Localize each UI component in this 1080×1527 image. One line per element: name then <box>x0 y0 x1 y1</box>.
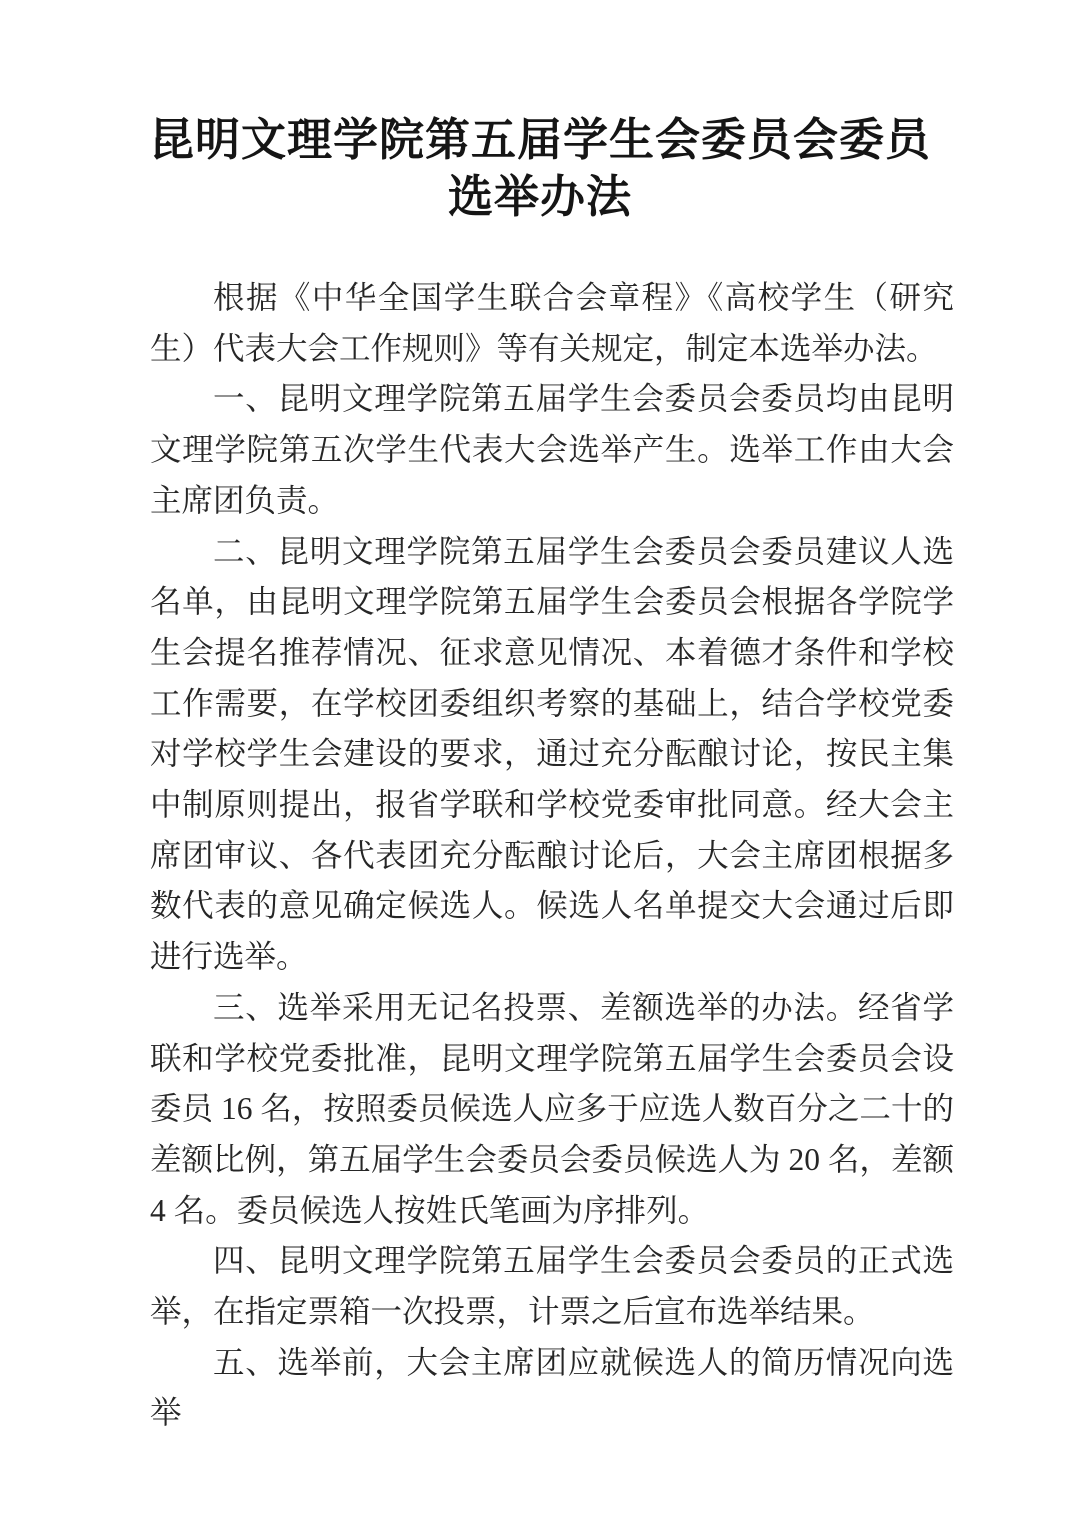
paragraph-article-1: 一、昆明文理学院第五届学生会委员会委员均由昆明文理学院第五次学生代表大会选举产生… <box>150 374 954 526</box>
document-title: 昆明文理学院第五届学生会委员会委员 选举办法 <box>0 0 1080 226</box>
paragraph-intro: 根据《中华全国学生联合会章程》《高校学生（研究生）代表大会工作规则》等有关规定，… <box>150 273 954 374</box>
paragraph-article-2: 二、昆明文理学院第五届学生会委员会委员建议人选名单，由昆明文理学院第五届学生会委… <box>150 527 954 983</box>
paragraph-article-3: 三、选举采用无记名投票、差额选举的办法。经省学联和学校党委批准，昆明文理学院第五… <box>150 983 954 1237</box>
document-page: 昆明文理学院第五届学生会委员会委员 选举办法 根据《中华全国学生联合会章程》《高… <box>0 0 1080 1527</box>
paragraph-article-4: 四、昆明文理学院第五届学生会委员会委员的正式选举，在指定票箱一次投票，计票之后宣… <box>150 1236 954 1337</box>
title-line-2: 选举办法 <box>90 169 990 226</box>
document-body: 根据《中华全国学生联合会章程》《高校学生（研究生）代表大会工作规则》等有关规定，… <box>150 273 954 1439</box>
title-line-1: 昆明文理学院第五届学生会委员会委员 <box>90 112 990 169</box>
paragraph-article-5-truncated: 五、选举前，大会主席团应就候选人的简历情况向选举 <box>150 1338 954 1439</box>
